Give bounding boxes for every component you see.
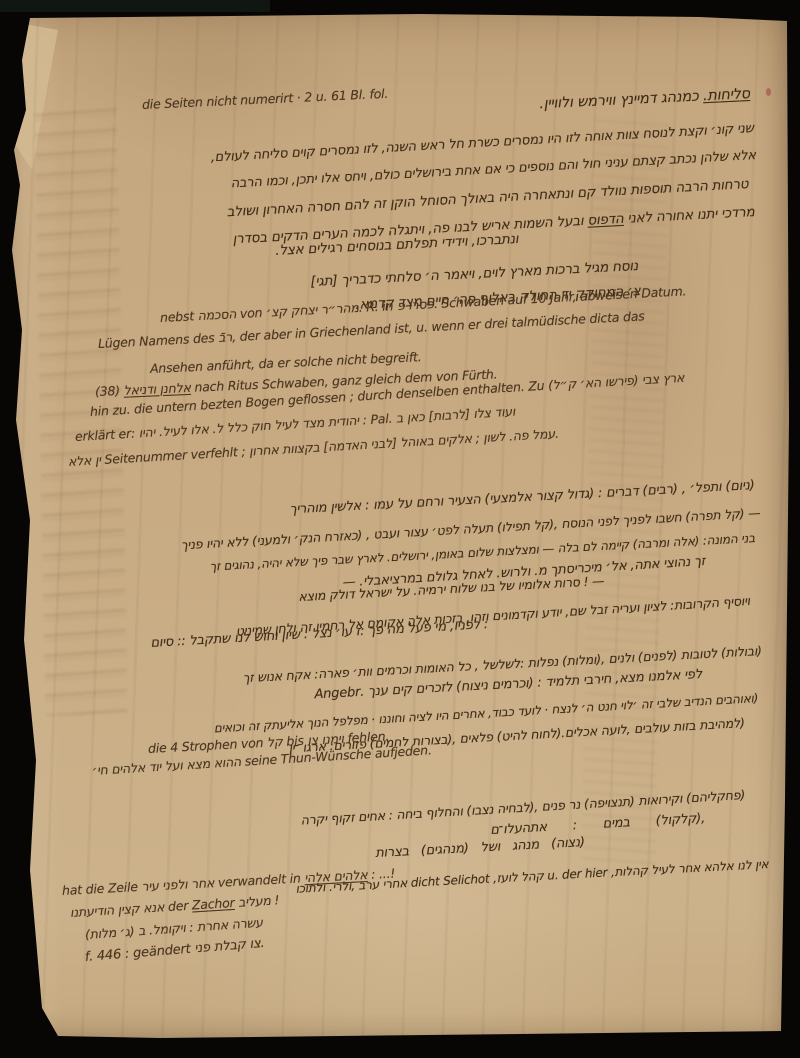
- title-underlined-word: סליחות.: [703, 86, 751, 104]
- paper-sheet: die Seiten nicht numerirt · 2 u. 61 Bl. …: [0, 0, 800, 1058]
- line-text: אנא קצין הודיעתנו der: [70, 898, 193, 920]
- line-text: die Seiten nicht numerirt · 2 u. 61 Bl. …: [142, 86, 389, 112]
- red-speck: [766, 88, 771, 96]
- underlined-word: הדפוס: [587, 211, 624, 229]
- folio-reference-line: f. 446 : geändert צו קבלת פני.: [84, 936, 265, 965]
- collation-note: die Seiten nicht numerirt · 2 u. 61 Bl. …: [142, 86, 389, 112]
- title-rest: כמנהג דמיינץ ווירמש ולוויין.: [539, 88, 703, 112]
- manuscript-line: (נצוה) מנהג ושל (מנהגים) בצרות: [375, 835, 585, 861]
- underlined-word: Zachor: [191, 895, 234, 913]
- line-text: ,(קלקול) במים : אתהעלו־ם: [490, 811, 706, 838]
- line-text: : ...!: [367, 866, 395, 882]
- scan-edge-artifact: [0, 0, 270, 12]
- page-title: סליחות. כמנהג דמיינץ ווירמש ולוויין.: [539, 86, 750, 112]
- under-sheet-corner: [6, 20, 76, 180]
- line-text: מרדכי יתנו אחורה לאני: [623, 204, 755, 227]
- line-text: (נצוה) מנהג ושל (מנהגים) בצרות: [375, 835, 585, 861]
- underlined-word: אלחנן ודניאל: [123, 380, 191, 398]
- scanned-manuscript-page: die Seiten nicht numerirt · 2 u. 61 Bl. …: [0, 0, 800, 1058]
- line-text: מעליב !: [234, 892, 280, 910]
- manuscript-line: ,(קלקול) במים : אתהעלו־ם: [490, 811, 706, 838]
- line-text: f. 446 : geändert צו קבלת פני.: [84, 936, 265, 965]
